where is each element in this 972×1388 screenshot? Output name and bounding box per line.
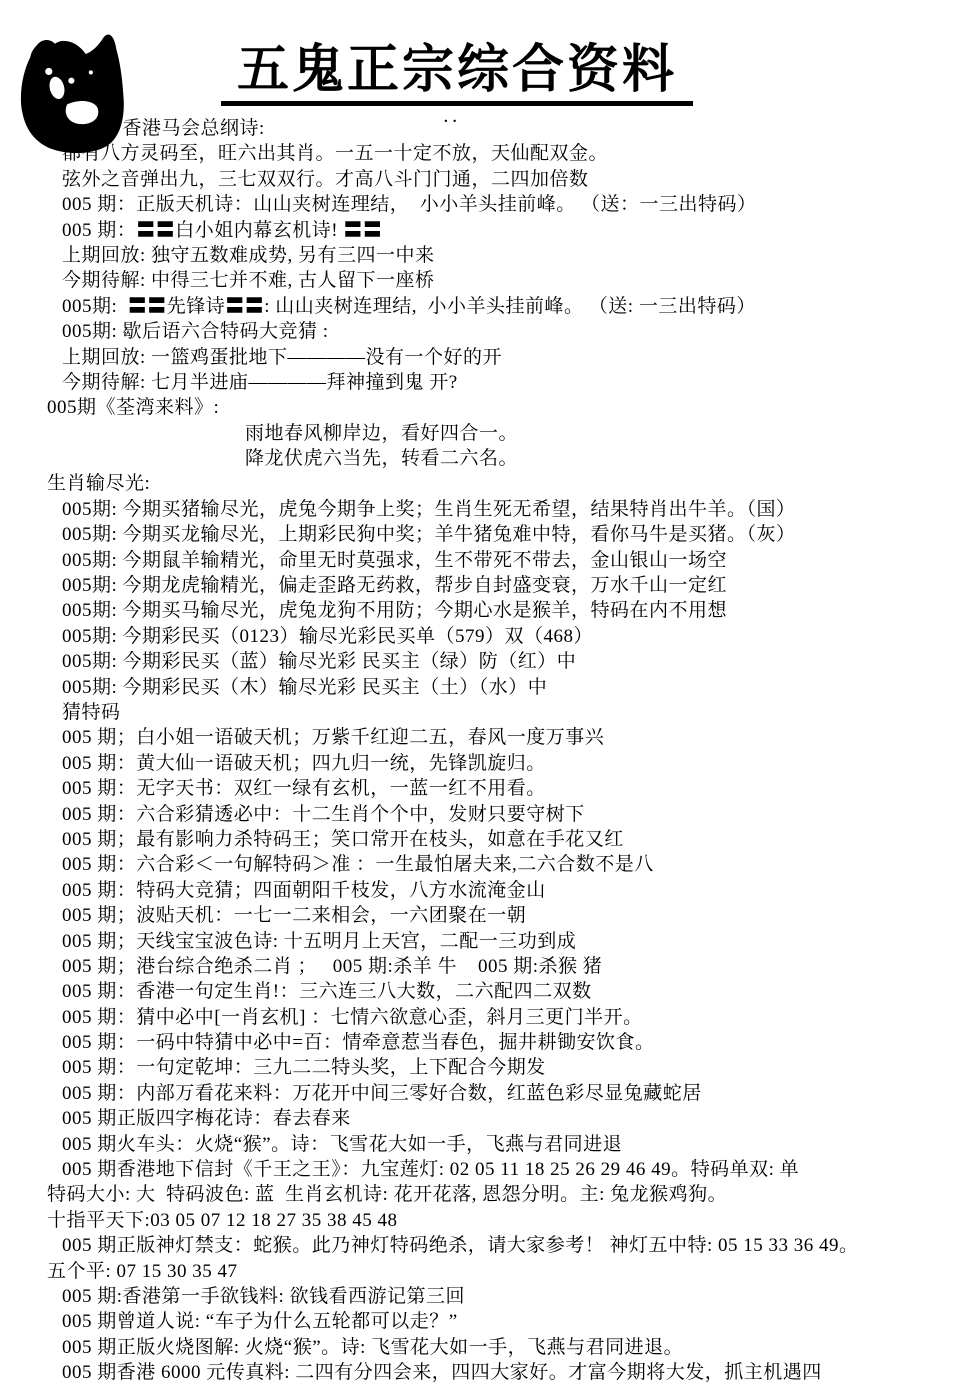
text-line: 今期待解: 中得三七并不难, 古人留下一座桥 [0, 268, 972, 293]
text-line: 005 期；波贴天机：一七一二来相会，一六团聚在一朝 [0, 903, 972, 928]
text-line: 005期: 今期买猪输尽光，虎兔今期争上奖；生肖生死无希望，结果特肖出牛羊。（国… [0, 497, 972, 522]
text-line: 猜特码 [0, 700, 972, 725]
text-line: 今期待解: 七月半进庙————拜神撞到鬼 开? [0, 370, 972, 395]
text-line: 雨地春风柳岸边，看好四合一。 [0, 421, 972, 446]
text-line: 005 期：六合彩猜透必中：十二生肖个个中，发财只要守树下 [0, 802, 972, 827]
ink-blot-logo-icon [18, 30, 136, 156]
text-line: 005 期：一码中特猜中必中=百：情牵意惹当春色，掘井耕锄安饮食。 [0, 1030, 972, 1055]
text-line: 005 期；天线宝宝波色诗: 十五明月上天宫，二配一三功到成 [0, 929, 972, 954]
text-line: 十指平天下:03 05 07 12 18 27 35 38 45 48 [0, 1208, 972, 1233]
text-line: 005期: 香港马会总纲诗: [0, 116, 972, 141]
text-line: 005期: 今期彩民买（蓝）输尽光彩 民买主（绿）防（红）中 [0, 649, 972, 674]
text-line: 005期: 今期彩民买（0123）输尽光彩民买单（579）双（468） [0, 624, 972, 649]
text-line: 005期: 今期买马输尽光，虎兔龙狗不用防；今期心水是猴羊，特码在内不用想 [0, 598, 972, 623]
text-line: 005 期：一句定乾坤：三九二二特头奖，上下配合今期发 [0, 1055, 972, 1080]
text-lines-container: 005期: 香港马会总纲诗:都有八方灵码至，旺六出其肖。一五一十定不放，天仙配双… [0, 116, 972, 1386]
text-line: 005 期：正版天机诗：山山夹树连理结， 小小羊头挂前峰。 （送：一三出特码） [0, 192, 972, 217]
text-line: 005 期：〓〓白小姐内幕玄机诗! 〓〓 [0, 218, 972, 243]
text-line: 005 期火车头：火烧“猴”。诗：飞雪花大如一手，飞燕与君同进退 [0, 1132, 972, 1157]
text-line: 005 期：猜中必中[一肖玄机] ：七情六欲意心歪，斜月三更门半开。 [0, 1005, 972, 1030]
document-page: 五鬼正宗综合资料 .. 005期: 香港马会总纲诗:都有八方灵码至，旺六出其肖。… [0, 0, 972, 1388]
text-line: 005期: 今期龙虎输精光，偏走歪路无药救，帮步自封盛变衰，万水千山一定红 [0, 573, 972, 598]
text-line: 005期: 今期彩民买（木）输尽光彩 民买主（土）（水）中 [0, 675, 972, 700]
text-line: 五个平: 07 15 30 35 47 [0, 1259, 972, 1284]
text-line: 都有八方灵码至，旺六出其肖。一五一十定不放，天仙配双金。 [0, 141, 972, 166]
text-line: 005期《荃湾来料》: [0, 395, 972, 420]
text-line: 005 期：黄大仙一语破天机；四九归一统，先锋凯旋归。 [0, 751, 972, 776]
text-line: 005 期：六合彩＜一句解特码＞准 ：一生最怕屠夫来,二六合数不是八 [0, 852, 972, 877]
text-line: 上期回放: 独守五数难成势, 另有三四一中来 [0, 243, 972, 268]
text-line: 005期: 今期买龙输尽光，上期彩民狗中奖；羊牛猪兔难中特，看你马牛是买猪。（灰… [0, 522, 972, 547]
text-line: 005期: 〓〓先锋诗〓〓: 山山夹树连理结, 小小羊头挂前峰。 （送: 一三出… [0, 294, 972, 319]
text-line: 005期: 今期鼠羊输精光，命里无时莫强求，生不带死不带去，金山银山一场空 [0, 548, 972, 573]
text-line: 特码大小: 大 特码波色: 蓝 生肖玄机诗: 花开花落, 恩怨分明。主: 兔龙猴… [0, 1182, 972, 1207]
text-line: 005 期：无字天书：双红一绿有玄机，一蓝一红不用看。 [0, 776, 972, 801]
text-line: 005 期正版神灯禁支：蛇猴。此乃神灯特码绝杀，请大家参考！ 神灯五中特: 05… [0, 1233, 972, 1258]
text-line: 生肖输尽光: [0, 471, 972, 496]
text-line: 005 期：特码大竞猜；四面朝阳千枝发，八方水流淹金山 [0, 878, 972, 903]
text-line: 005 期香港 6000 元传真料: 二四有分四会来，四四大家好。才富今期将大发… [0, 1360, 972, 1385]
text-line: 005 期：内部万看花来料：万花开中间三零好合数，红蓝色彩尽显兔藏蛇居 [0, 1081, 972, 1106]
text-line: 005 期正版火烧图解: 火烧“猴”。诗: 飞雪花大如一手，飞燕与君同进退。 [0, 1335, 972, 1360]
text-line: 弦外之音弹出九，三七双双行。才高八斗门门通，二四加倍数 [0, 167, 972, 192]
text-line: 005期: 歇后语六合特码大竞猜 : [0, 319, 972, 344]
text-line: 005 期：香港一句定生肖!：三六连三八大数，二六配四二双数 [0, 979, 972, 1004]
text-line: 005 期香港地下信封《千王之王》：九宝莲灯: 02 05 11 18 25 2… [0, 1157, 972, 1182]
text-line: 005 期正版四字梅花诗：春去春来 [0, 1106, 972, 1131]
page-title: 五鬼正宗综合资料 [221, 42, 693, 106]
text-line: 005 期；白小姐一语破天机；万紫千红迎二五，春风一度万事兴 [0, 725, 972, 750]
text-line: 上期回放: 一篮鸡蛋批地下————没有一个好的开 [0, 345, 972, 370]
text-line: 005 期曾道人说: “车子为什么五轮都可以走？” [0, 1309, 972, 1334]
text-line: 降龙伏虎六当先，转看二六名。 [0, 446, 972, 471]
text-line: 005 期；港台综合绝杀二肖 ； 005 期:杀羊 牛 005 期:杀猴 猪 [0, 954, 972, 979]
text-line: 005 期:香港第一手欲钱料: 欲钱看西游记第三回 [0, 1284, 972, 1309]
text-line: 005 期；最有影响力杀特码王；笑口常开在枝头，如意在手花又红 [0, 827, 972, 852]
